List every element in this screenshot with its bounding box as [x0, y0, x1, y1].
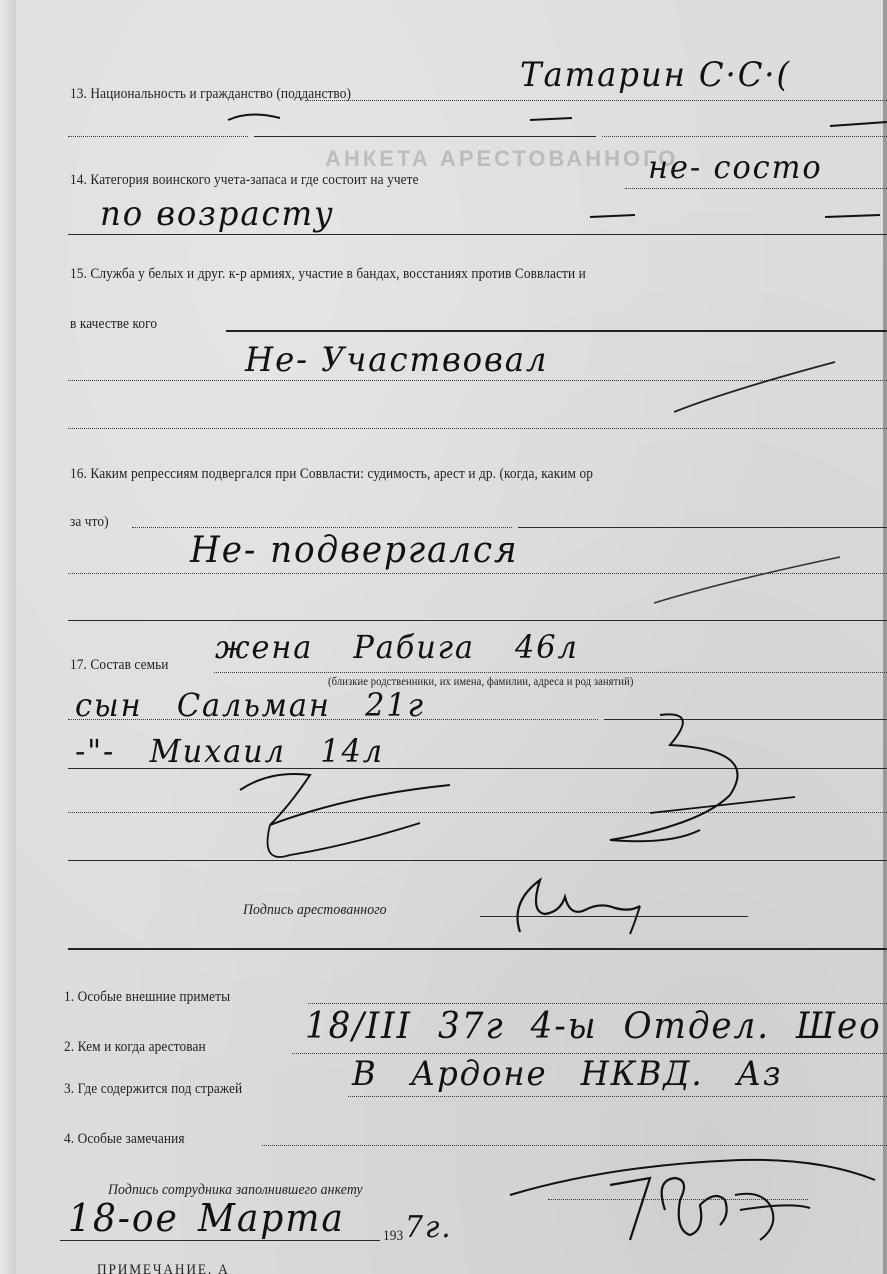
page-left-edge	[0, 0, 16, 1274]
official-item-1-label: 1. Особые внешние приметы	[64, 989, 230, 1006]
section-16-line	[132, 527, 512, 528]
section-13-line	[305, 100, 887, 101]
strike-line-16	[650, 555, 850, 610]
section-15-label: 15. Служба у белых и друг. к-р армиях, у…	[70, 266, 586, 283]
date-line	[60, 1240, 380, 1241]
section-16-line-b	[518, 527, 887, 528]
section-14-line2	[68, 234, 887, 235]
official-item-2-label: 2. Кем и когда арестован	[64, 1039, 206, 1056]
dash-marks-14	[580, 205, 887, 225]
z-strikeout-marks	[230, 705, 830, 875]
section-14-answer-1: не- состо	[648, 148, 823, 186]
arrested-signature-label: Подпись арестованного	[243, 902, 387, 919]
official-item-3-label: 3. Где содержится под стражей	[64, 1081, 242, 1098]
section-16-label-cont: за что)	[70, 514, 109, 531]
official-item-4-label: 4. Особые замечания	[64, 1131, 185, 1148]
section-16-answer: Не- подвергался	[190, 530, 519, 571]
faint-stamp-text: АНКЕТА АРЕСТОВАННОГО	[325, 146, 678, 172]
section-13-answer: Татарин С·С·(	[520, 55, 791, 95]
section-16-label: 16. Каким репрессиям подвергался при Сов…	[70, 466, 593, 483]
date-month: Марта	[198, 1196, 345, 1240]
section-15-label-cont: в качестве кого	[70, 316, 157, 333]
date-day: 18-ое	[68, 1196, 179, 1240]
section-15-line	[226, 330, 887, 332]
strike-line-15	[670, 360, 840, 420]
footer-note: ПРИМЕЧАНИЕ. А	[97, 1262, 230, 1274]
arrested-signature	[490, 872, 660, 942]
section-15-answer: Не- Участвовал	[245, 340, 548, 380]
section-14-line	[625, 188, 887, 189]
date-year-prefix: 193	[383, 1228, 403, 1245]
section-17-label: 17. Состав семьи	[70, 657, 169, 674]
section-14-answer-2: по возрасту	[100, 194, 335, 234]
section-16-line3	[68, 620, 887, 621]
section-divider	[68, 948, 887, 950]
page-right-edge	[883, 0, 887, 1274]
section-15-line3	[68, 428, 887, 429]
date-year-suffix: 7г.	[405, 1210, 452, 1245]
official-item-1-line	[308, 1003, 887, 1004]
family-entry-1: жена Рабига 46л	[215, 628, 579, 666]
section-14-label: 14. Категория воинского учета-запаса и г…	[70, 172, 419, 189]
dash-marks	[220, 108, 887, 138]
official-item-2-answer: 18/III 37г 4-ы Отдел. Шео	[305, 1006, 882, 1047]
official-item-3-answer: В Ардоне НКВД. Аз	[352, 1054, 782, 1094]
official-item-4-line	[262, 1145, 887, 1146]
employee-signature	[490, 1150, 887, 1255]
official-item-3-line	[348, 1096, 887, 1097]
section-17-line	[214, 672, 887, 673]
